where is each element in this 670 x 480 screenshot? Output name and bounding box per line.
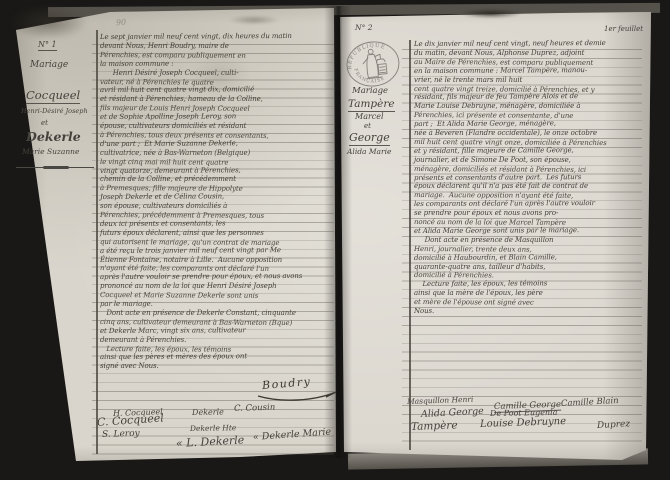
handwritten-line: part ; Et Alida Marie George, ménagère, <box>414 119 556 129</box>
signature: Duprez <box>597 419 631 431</box>
handwritten-line: chemin de la Colline, et précédemment <box>100 175 236 184</box>
stamp-text-bottom: FRANÇAISE <box>352 65 387 87</box>
handwritten-line: signé avec Nous. <box>100 362 159 371</box>
handwritten-line: cultivatrice, née à Bas-Warneton (Belgiq… <box>100 149 250 158</box>
act-type-left: Mariage <box>30 60 68 70</box>
bride-name-left: Dekerle <box>26 129 81 144</box>
folio-note: 1er feuillet <box>604 25 643 33</box>
handwritten-line: Étienne Fontaine, notaire à Lille. Aucun… <box>100 256 282 265</box>
handwritten-line: Joseph Dekerle et de Célina Cousin, <box>100 193 224 203</box>
handwritten-line: et Alida Marie George sont unis par le m… <box>414 226 579 236</box>
signature-flourish <box>256 388 340 404</box>
groom-given-left: Henri-Désiré Joseph <box>21 107 88 115</box>
handwritten-line: Nous. <box>414 307 434 316</box>
signature: Dekerle <box>192 407 224 417</box>
handwritten-line: épouse, cultivateurs domiciliés et résid… <box>100 122 246 131</box>
conjunction-left: et <box>41 119 48 127</box>
handwritten-line: résidant, fils majeur de feu Tampère Alo… <box>414 93 578 103</box>
bride-name-right: George <box>349 131 390 146</box>
handwritten-line: présents et consentants d'autre part. Le… <box>414 173 581 183</box>
handwritten-line: prononcé au nom de la loi que Henri Dési… <box>100 282 277 291</box>
handwritten-line: a été reçu le trois janvier mil neuf cen… <box>100 246 281 256</box>
signature: Dekerle Hte <box>190 423 236 433</box>
margin-rule-right <box>409 40 411 450</box>
handwritten-line: journalier, et de Simone De Poot, son ép… <box>414 156 571 165</box>
svg-text:FRANÇAISE: FRANÇAISE <box>352 65 387 87</box>
groom-name-right: Tampère <box>348 98 395 112</box>
handwritten-line: domicilié à Haubourdin, et Blain Camille… <box>414 253 557 263</box>
handwritten-line: se prendre pour époux et nous avons pro- <box>414 209 558 218</box>
handwritten-line: d'une part ; Et Marie Suzanne Dekerle, <box>100 139 238 149</box>
handwritten-line: futurs époux déclarent, ainsi que les pe… <box>100 229 264 238</box>
handwritten-line: Le sept janvier mil neuf cent vingt, dix… <box>100 32 292 42</box>
pencil-folio-number: 90 <box>116 18 127 28</box>
handwritten-line: vrier, né le trente mars mil huit <box>414 76 522 85</box>
handwritten-line: vingt quatorze, demeurant à Pérenchies, <box>100 166 241 176</box>
handwritten-line: devant Nous, Henri Boudry, maire de <box>100 42 229 51</box>
signature: C. Cousin <box>234 403 276 414</box>
handwritten-line: et résidant à Pérenchies, hameau de la C… <box>100 95 263 104</box>
signature: S. Leroy <box>102 429 140 440</box>
handwritten-line: Lecture faite, les époux, les témoins <box>414 280 547 290</box>
act-type-right: Mariage <box>352 86 388 96</box>
signature: Tampère <box>411 419 458 433</box>
handwritten-line: demeurant à Pérenchies. <box>100 336 186 345</box>
conjunction-right: et <box>364 122 371 130</box>
handwritten-line: et de Sophie Apolline Joseph Leroy, son <box>100 112 236 122</box>
scan-background: 90 N° 1 Mariage Cocqueel Henri-Désiré Jo… <box>0 0 670 480</box>
handwritten-line: par le mariage. <box>100 300 153 309</box>
margin-rule-left <box>96 30 98 454</box>
handwritten-line: du matin, devant Nous, Alphonse Duprez, … <box>414 49 584 58</box>
handwritten-line: ainsi que les pères et mères des époux o… <box>100 353 247 363</box>
handwritten-line: en la maison commune : Marcel Tampère, m… <box>414 66 587 76</box>
republic-stamp-icon: RÉPUBLIQUE FRANÇAISE <box>342 37 405 92</box>
groom-name-left: Cocqueel <box>26 88 80 104</box>
handwritten-line: et Dekerle Marc, vingt six ans, cultivat… <box>100 326 246 336</box>
stamp-text-top: RÉPUBLIQUE <box>344 41 389 70</box>
handwritten-line: après l'autre vouloir se prendre pour ép… <box>100 272 302 282</box>
handwritten-line: époux déclarent qu'il n'a pas été fait d… <box>414 182 588 191</box>
bride-given-left: Marie Suzanne <box>22 147 79 156</box>
handwritten-line: ainsi que la mère de l'époux, les père <box>414 289 543 298</box>
bride-given-right: Alida Marie <box>347 147 391 156</box>
handwritten-line: la maison commune : <box>100 59 174 68</box>
handwritten-line: Henri Désiré Joseph Cocqueel, culti- <box>100 69 239 78</box>
svg-text:RÉPUBLIQUE: RÉPUBLIQUE <box>344 41 389 70</box>
handwritten-line: Marie Louise Debruyne, ménagère, domicil… <box>414 102 580 111</box>
handwritten-line: deux ici présents et consentants, les <box>100 219 226 229</box>
act-number-right: N° 2 <box>355 23 372 32</box>
groom-given-right: Marcel <box>355 112 384 121</box>
handwritten-line: née à Beveren (Flandre occidentale), le … <box>414 129 597 138</box>
handwritten-line: son épouse, cultivateurs domiciliés à <box>100 202 227 211</box>
handwritten-line: les comparants ont déclaré l'un après l'… <box>414 199 595 209</box>
handwritten-line: Le dix janvier mil neuf cent vingt, neuf… <box>414 39 606 49</box>
handwritten-line: et y résidant, fille majeure de Camille … <box>414 146 574 156</box>
handwritten-line: Dont acte en présence de Masquillon <box>414 236 553 245</box>
handwritten-line: avril mil huit cent quatre vingt dix, do… <box>100 86 254 96</box>
margin-closure-line <box>16 167 94 168</box>
handwritten-line: Dont acte en présence de Dekerle Constan… <box>100 309 296 318</box>
act-number-left: N° 1 <box>38 40 57 51</box>
handwritten-line: quarante-quatre ans, tailleur d'habits, <box>414 263 545 272</box>
